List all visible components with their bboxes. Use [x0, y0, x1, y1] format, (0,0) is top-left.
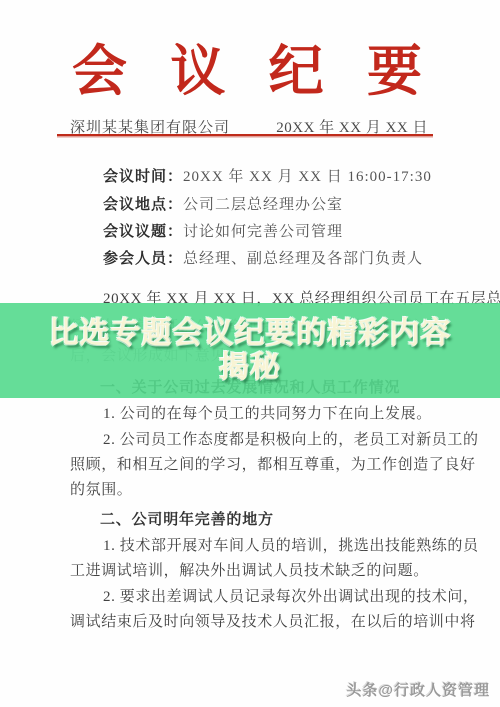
header-divider	[57, 134, 433, 136]
meeting-place-value: 公司二层总经理办公室	[183, 197, 343, 213]
meeting-place-row: 会议地点：公司二层总经理办公室	[103, 196, 343, 214]
headline-text-line1: 比选专题会议纪要的精彩内容	[49, 317, 452, 351]
document-page: 会 议 纪 要 深圳某某集团有限公司 20XX 年 XX 月 XX 日 会议时间…	[0, 0, 500, 707]
meeting-topic-row: 会议议题：讨论如何完善公司管理	[103, 223, 343, 241]
document-title: 会 议 纪 要	[72, 36, 422, 106]
headline-text-line2: 揭秘	[219, 351, 281, 385]
headline-banner: 比选专题会议纪要的精彩内容 揭秘	[0, 303, 500, 398]
section2-item2-line2: 调试结束后及时向领导及技术人员汇报，在以后的培训中将	[70, 613, 476, 631]
meeting-time-value: 20XX 年 XX 月 XX 日 16:00-17:30	[183, 169, 432, 185]
meeting-attendees-row: 参会人员：总经理、副总经理及各部门负责人	[103, 250, 423, 268]
toutiao-watermark: 头条@行政人资管理	[346, 679, 490, 700]
meeting-place-label: 会议地点：	[103, 196, 183, 213]
meeting-topic-value: 讨论如何完善公司管理	[183, 224, 343, 240]
section1-item2-line2: 照顾，和相互之间的学习，都相互尊重，为工作创造了良好	[70, 456, 476, 474]
section2-heading: 二、公司明年完善的地方	[100, 511, 274, 529]
section1-item1: 1. 公司的在每个员工的共同努力下在向上发展。	[103, 405, 432, 423]
title-char: 会	[72, 44, 127, 99]
section2-item1-line1: 1. 技术部开展对车间人员的培训，挑选出技能熟练的员	[103, 537, 479, 555]
meeting-attendees-value: 总经理、副总经理及各部门负责人	[183, 251, 423, 267]
section1-item2-line3: 的氛围。	[70, 481, 132, 499]
meeting-attendees-label: 参会人员：	[103, 250, 183, 267]
section1-item2-line1: 2. 公司员工作态度都是积极向上的，老员工对新员工的	[103, 431, 479, 449]
meeting-time-label: 会议时间：	[103, 168, 183, 185]
meeting-topic-label: 会议议题：	[103, 223, 183, 240]
title-char: 纪	[269, 44, 324, 99]
section2-item2-line1: 2. 要求出差调试人员记录每次外出调试出现的技术问，	[103, 588, 479, 606]
meeting-time-row: 会议时间：20XX 年 XX 月 XX 日 16:00-17:30	[103, 168, 432, 186]
title-char: 议	[170, 44, 225, 99]
section2-item1-line2: 工进调试培训，解决外出调试人员技术缺乏的问题。	[70, 562, 429, 580]
title-char: 要	[367, 44, 422, 99]
